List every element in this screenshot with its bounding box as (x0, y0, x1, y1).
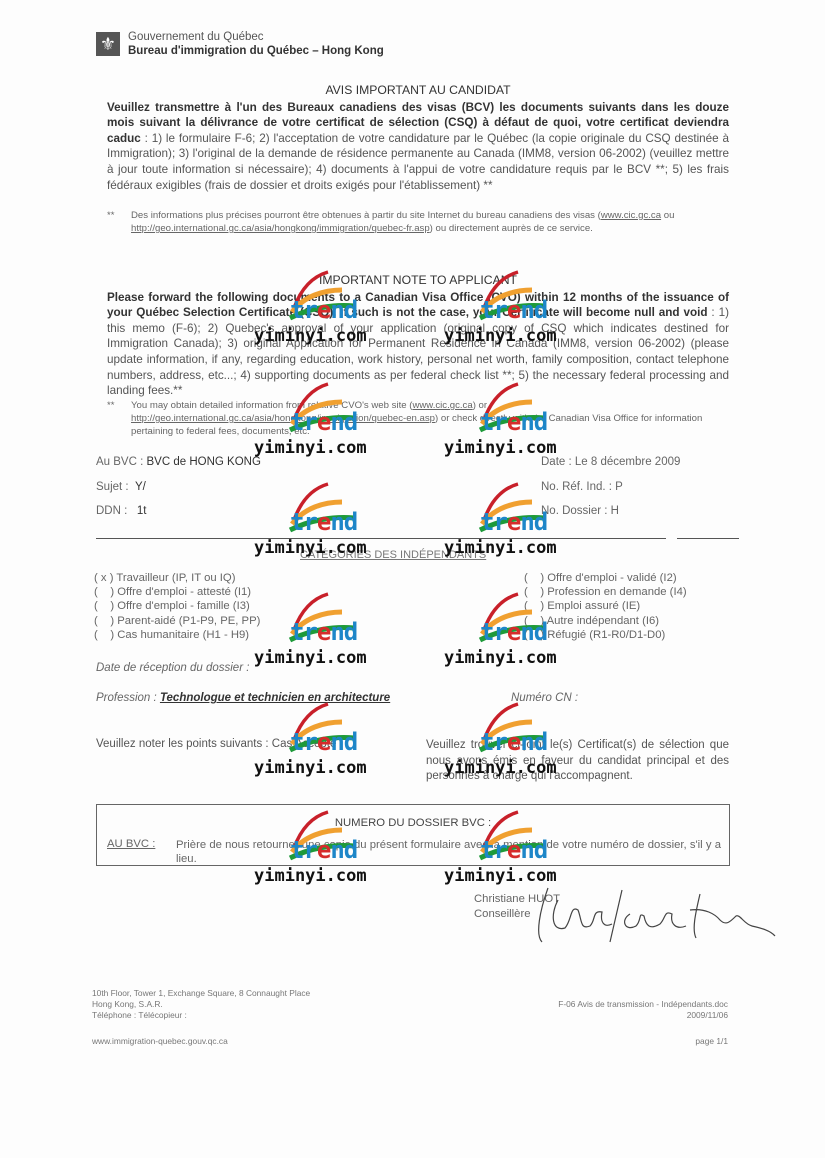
notes-right: Veuillez trouver ci-joint le(s) Certific… (426, 738, 729, 785)
category-label: Offre d'emploi - validé (I2) (547, 572, 676, 584)
english-notice-title: IMPORTANT NOTE TO APPLICANT (107, 273, 729, 289)
watermark-brand: trend (290, 618, 357, 646)
checkbox-mark: ( ) (524, 572, 547, 584)
categories-right: ( ) Offre d'emploi - validé (I2)( ) Prof… (524, 571, 687, 642)
page-number: page 1/1 (695, 1036, 728, 1047)
cic-link[interactable]: www.cic.gc.ca (601, 210, 661, 221)
watermark-brand: trend (480, 508, 547, 536)
geo-international-link-fr[interactable]: http://geo.international.gc.ca/asia/hong… (131, 223, 430, 234)
category-option: ( ) Profession en demande (I4) (524, 585, 687, 599)
watermark-site: yiminyi.com (254, 438, 367, 458)
ref-ind-field: No. Réf. Ind. : P (541, 481, 623, 493)
reception-date-label: Date de réception du dossier : (96, 662, 249, 674)
letterhead: ⚜ Gouvernement du Québec Bureau d'immigr… (96, 30, 384, 58)
au-bvc-value: BVC de HONG KONG (147, 456, 261, 468)
checkbox-mark: ( ) (94, 615, 117, 627)
date-field: Date : Le 8 décembre 2009 (541, 456, 680, 468)
english-notice-intro: Please forward the following documents t… (107, 291, 729, 320)
dossier-value: H (611, 505, 619, 517)
checkbox-mark: ( ) (94, 586, 117, 598)
trend-watermark: trendyiminyi.com (254, 590, 384, 680)
checkbox-mark: ( ) (524, 586, 547, 598)
category-option: ( ) Cas humanitaire (H1 - H9) (94, 628, 260, 642)
ddn-value: 1t (137, 505, 147, 517)
category-label: Emploi assuré (IE) (547, 600, 640, 612)
category-label: Cas humanitaire (H1 - H9) (117, 629, 249, 641)
notes-left: Veuillez noter les points suivants : Cas… (96, 738, 343, 750)
watermark-site: yiminyi.com (254, 866, 367, 886)
swoosh-icon (254, 590, 384, 650)
category-label: Offre d'emploi - attesté (I1) (117, 586, 251, 598)
form-reference: F-06 Avis de transmission - Indépendants… (558, 999, 728, 1021)
watermark-site: yiminyi.com (444, 438, 557, 458)
ddn-field: DDN : 1t (96, 505, 147, 517)
swoosh-icon (254, 700, 384, 760)
category-option: ( ) Offre d'emploi - validé (I2) (524, 571, 687, 585)
dossier-number-box: NUMERO DU DOSSIER BVC : AU BVC : Prière … (96, 804, 730, 866)
category-label: Autre indépendant (I6) (547, 615, 659, 627)
english-notice: IMPORTANT NOTE TO APPLICANT Please forwa… (107, 273, 729, 399)
dossier-box-title: NUMERO DU DOSSIER BVC : (97, 817, 729, 829)
au-bvc-field: Au BVC : BVC de HONG KONG (96, 456, 261, 468)
category-label: Travailleur (IP, IT ou IQ) (116, 572, 235, 584)
date-value: Le 8 décembre 2009 (575, 456, 681, 468)
checkbox-mark: ( x ) (94, 572, 116, 584)
category-option: ( ) Offre d'emploi - attesté (I1) (94, 585, 260, 599)
office-address: 10th Floor, Tower 1, Exchange Square, 8 … (92, 988, 310, 1021)
categories-heading: CATÉGORIES DES INDÉPENDANTS (300, 549, 486, 561)
office-name: Bureau d'immigration du Québec – Hong Ko… (128, 44, 384, 58)
french-notice: AVIS IMPORTANT AU CANDIDAT Veuillez tran… (107, 83, 729, 193)
ref-ind-value: P (615, 481, 623, 493)
category-label: Parent-aidé (P1-P9, PE, PP) (117, 615, 260, 627)
french-notice-body: : 1) le formulaire F-6; 2) l'acceptation… (107, 132, 729, 192)
profession-value: Technologue et technicien en architectur… (160, 692, 390, 704)
swoosh-icon (254, 480, 384, 540)
dossier-field: No. Dossier : H (541, 505, 619, 517)
watermark-brand: trend (290, 508, 357, 536)
handwritten-signature (530, 880, 780, 950)
categories-left: ( x ) Travailleur (IP, IT ou IQ)( ) Offr… (94, 571, 260, 642)
watermark-site: yiminyi.com (254, 758, 367, 778)
checkbox-mark: ( ) (524, 615, 547, 627)
dossier-box-label: AU BVC : (107, 838, 155, 850)
cic-link-en[interactable]: www.cic.gc.ca (412, 400, 472, 411)
fleur-de-lis-icon: ⚜ (96, 32, 120, 56)
category-label: Profession en demande (I4) (547, 586, 686, 598)
website-link[interactable]: www.immigration-quebec.gouv.qc.ca (92, 1036, 228, 1047)
divider (677, 538, 739, 539)
french-footnote: ** Des informations plus précises pourro… (107, 209, 729, 235)
watermark-site: yiminyi.com (444, 648, 557, 668)
french-notice-title: AVIS IMPORTANT AU CANDIDAT (107, 83, 729, 99)
dossier-box-text: Prière de nous retourner une copie du pr… (176, 838, 721, 866)
sujet-value: Y/ (135, 481, 146, 493)
checkbox-mark: ( ) (94, 629, 117, 641)
cn-number-label: Numéro CN : (511, 692, 578, 704)
category-option: ( ) Offre d'emploi - famille (I3) (94, 599, 260, 613)
category-label: Réfugié (R1-R0/D1-D0) (547, 629, 665, 641)
category-label: Offre d'emploi - famille (I3) (117, 600, 250, 612)
divider (96, 538, 666, 539)
checkbox-mark: ( ) (94, 600, 117, 612)
category-option: ( x ) Travailleur (IP, IT ou IQ) (94, 571, 260, 585)
checkbox-mark: ( ) (524, 629, 547, 641)
document-page: ⚜ Gouvernement du Québec Bureau d'immigr… (0, 0, 825, 1158)
government-name: Gouvernement du Québec (128, 30, 384, 44)
sujet-field: Sujet : Y/ (96, 481, 146, 493)
watermark-site: yiminyi.com (254, 648, 367, 668)
category-option: ( ) Parent-aidé (P1-P9, PE, PP) (94, 614, 260, 628)
english-footnote: ** You may obtain detailed information f… (107, 399, 729, 438)
category-option: ( ) Autre indépendant (I6) (524, 614, 687, 628)
checkbox-mark: ( ) (524, 600, 547, 612)
category-option: ( ) Emploi assuré (IE) (524, 599, 687, 613)
geo-international-link-en[interactable]: http://geo.international.gc.ca/asia/hong… (131, 413, 435, 424)
profession-field: Profession : Technologue et technicien e… (96, 692, 390, 704)
category-option: ( ) Réfugié (R1-R0/D1-D0) (524, 628, 687, 642)
english-notice-body: : 1) this memo (F-6); 2) Quebec's approv… (107, 306, 729, 397)
